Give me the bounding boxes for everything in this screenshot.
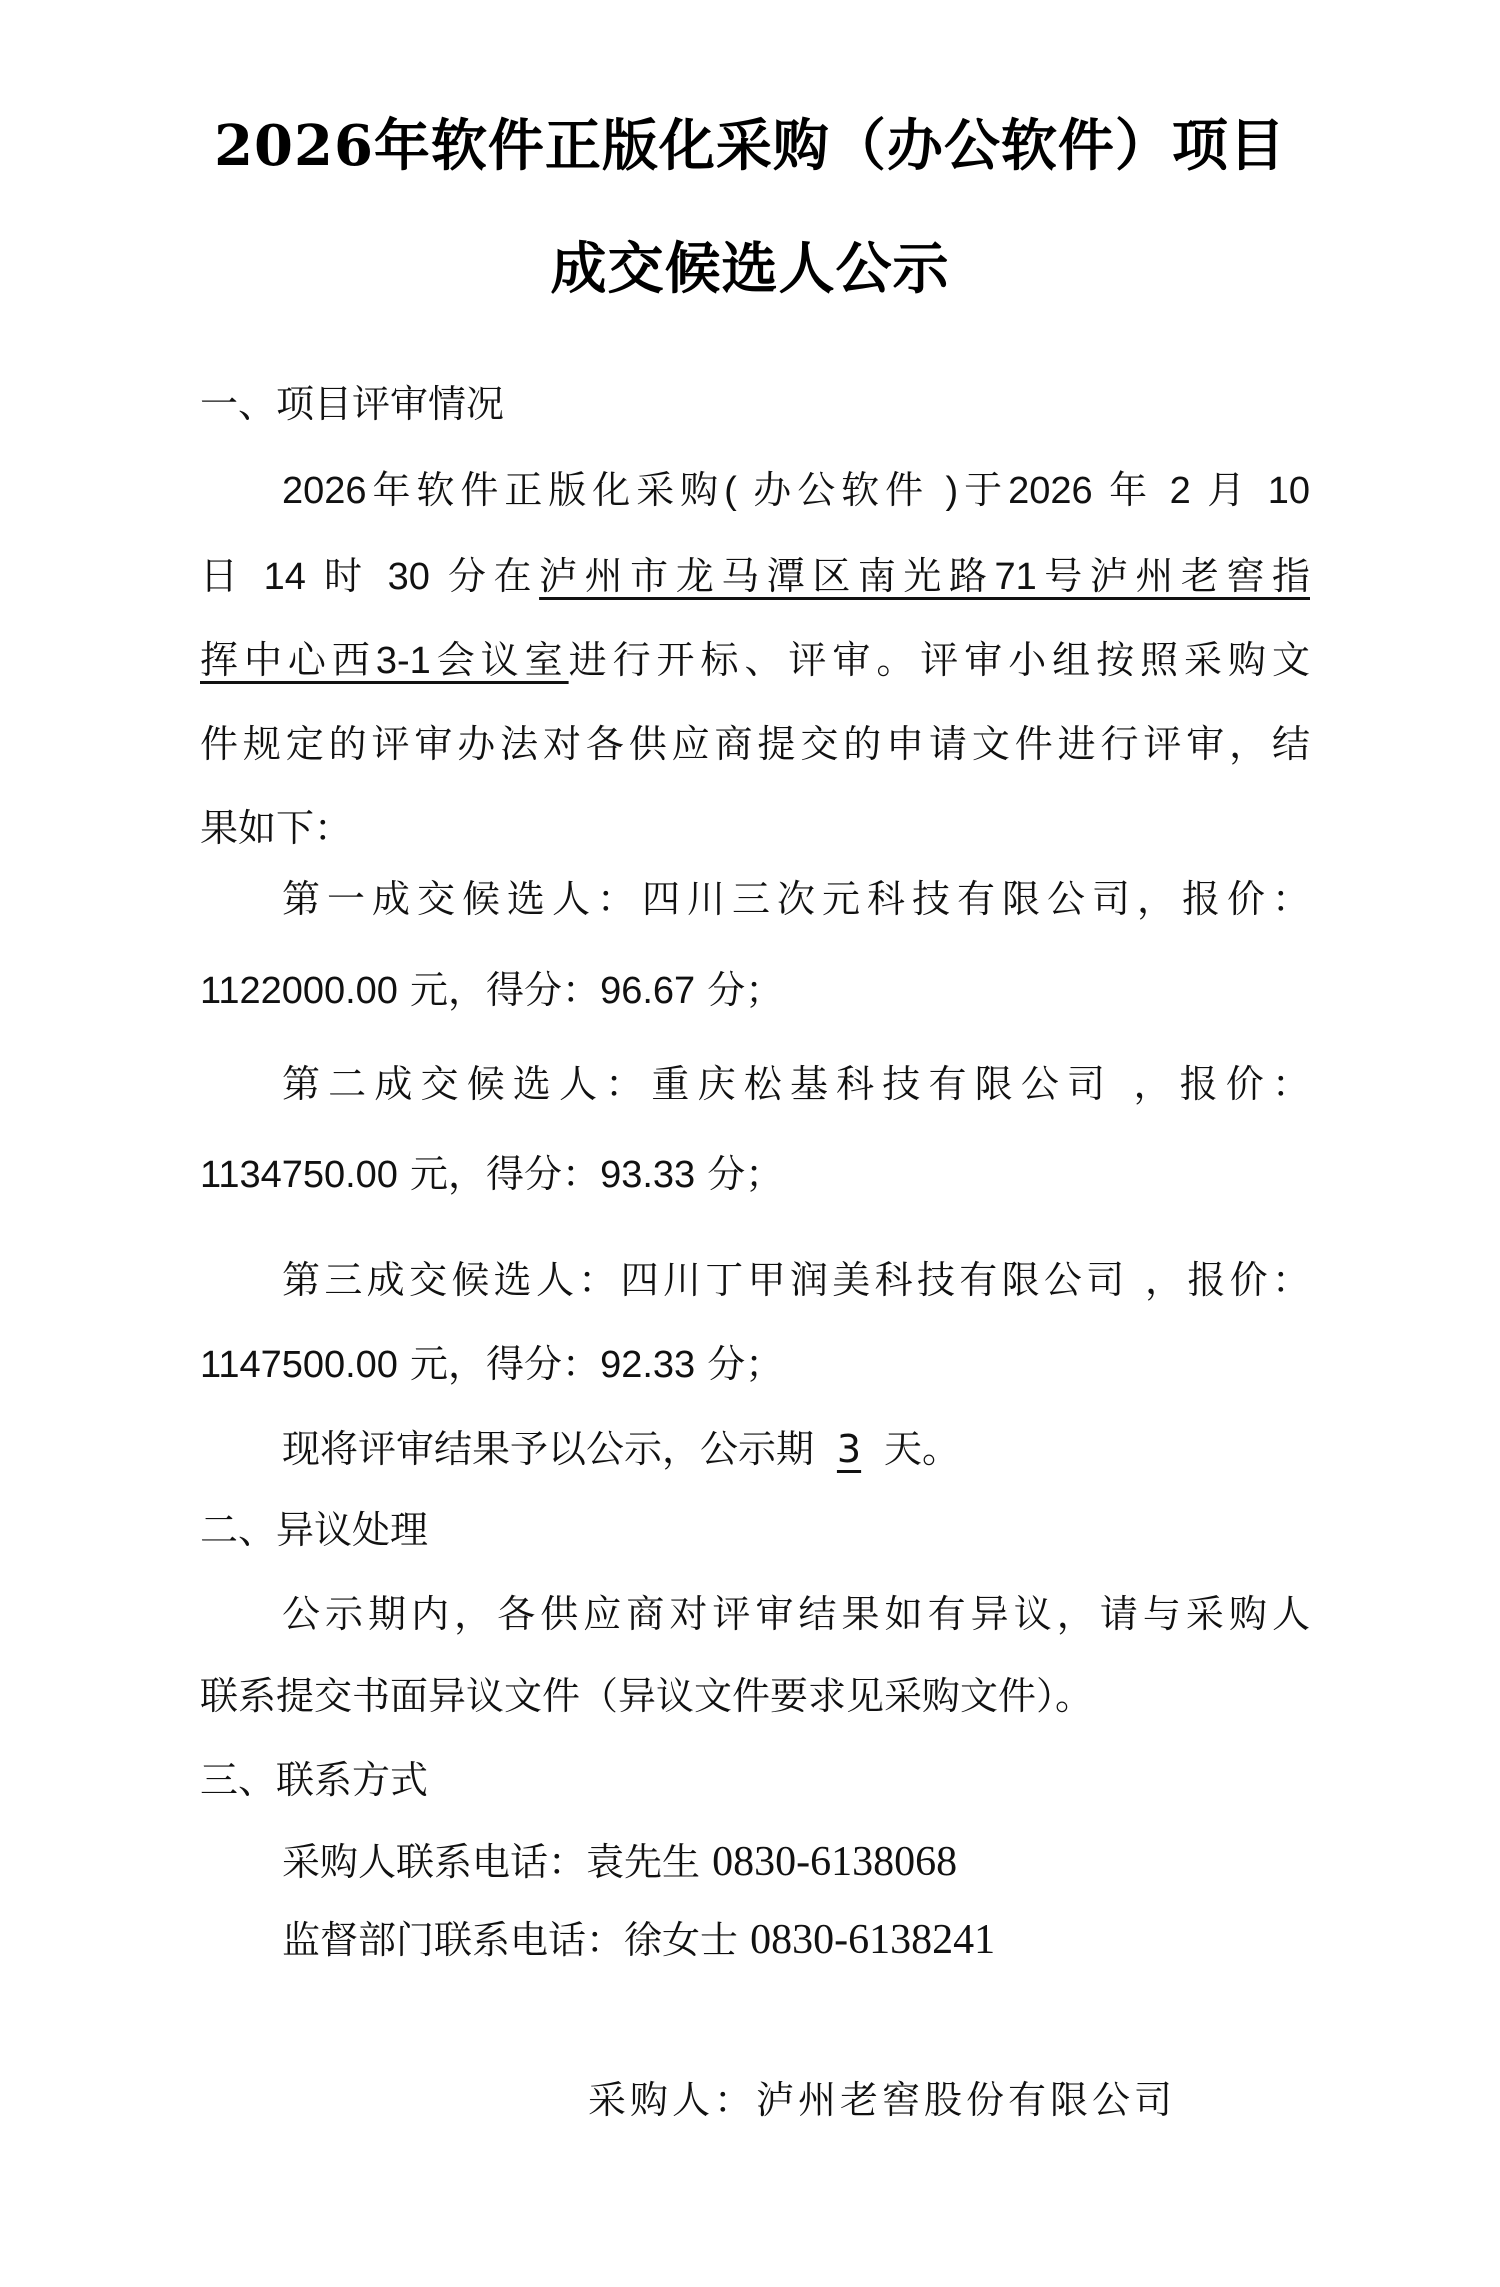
candidate-3-price-line: 1147500.00 元，得分：92.33 分； [200,1340,1310,1389]
candidate-2-company: 重庆松基科技有限公司 [651,1062,1113,1106]
candidate-1-price-line: 1122000.00 元，得分：96.67 分； [200,966,1310,1015]
section2-para-line1: 公示期内，各供应商对评审结果如有异议，请与采购人 [282,1590,1310,1638]
contact-supervisor-person: 徐女士 [624,1918,738,1962]
candidate-2-price: 1134750.00 [200,1154,398,1196]
candidate-2-line: 第二成交候选人：重庆松基科技有限公司 ，报价： [282,1060,1310,1108]
candidate-1-line: 第一成交候选人：四川三次元科技有限公司，报价： [282,875,1310,923]
candidate-2-quote-label: ，报价： [1113,1062,1310,1106]
section1-para-line1-text: 2026年软件正版化采购( 办公软件 )于2026 年 2 月 10 [282,470,1310,512]
contact-purchaser: 采购人联系电话：袁先生 0830-6138068 [282,1838,1392,1886]
contact-purchaser-phone: 0830-6138068 [712,1839,957,1885]
publicity-days: 3 [814,1425,884,1473]
candidate-3-label: 第三成交候选人： [282,1258,621,1302]
signature-label: 采购人： [588,2078,756,2122]
section1-para-line4: 件规定的评审办法对各供应商提交的申请文件进行评审，结 [200,720,1310,768]
candidate-1-company: 四川三次元科技有限公司 [642,877,1137,921]
candidate-3-quote-label: ，报价： [1129,1258,1310,1302]
candidate-1-label: 第一成交候选人： [282,877,642,921]
publicity-period-line: 现将评审结果予以公示，公示期3天。 [282,1425,1392,1473]
candidate-2-price-line: 1134750.00 元，得分：93.33 分； [200,1150,1310,1199]
candidate-2-price-unit: 元，得分： [410,1152,600,1196]
signature-org: 泸州老窖股份有限公司 [756,2078,1176,2122]
contact-supervisor: 监督部门联系电话：徐女士 0830-6138241 [282,1916,1392,1964]
candidate-3-line: 第三成交候选人：四川丁甲润美科技有限公司 ，报价： [282,1256,1310,1304]
section2-heading: 二、异议处理 [200,1506,1310,1554]
meeting-room-underlined: 挥中心西3-1会议室 [200,640,569,682]
publicity-suffix: 天。 [884,1427,960,1471]
meeting-time-text: 日 14 时 30 分在 [200,556,539,598]
signature: 采购人：泸州老窖股份有限公司 [588,2076,1176,2124]
meeting-location-underlined: 泸州市龙马潭区南光路71号泸州老窖指 [539,556,1310,598]
candidate-3-score-unit: 分； [707,1342,783,1386]
section1-para-line3: 挥中心西3-1会议室进行开标、评审。评审小组按照采购文 [200,636,1310,685]
section1-para-line1: 2026年软件正版化采购( 办公软件 )于2026 年 2 月 10 [282,466,1310,515]
document-page: 2026年软件正版化采购（办公软件）项目 成交候选人公示 一、项目评审情况 20… [0,0,1500,2287]
candidate-2-score: 93.33 [600,1154,695,1196]
section3-heading: 三、联系方式 [200,1756,1310,1804]
contact-supervisor-phone: 0830-6138241 [750,1917,995,1963]
candidate-1-price: 1122000.00 [200,970,398,1012]
candidate-3-score: 92.33 [600,1344,695,1386]
section1-para-line3-text: 进行开标、评审。评审小组按照采购文 [569,638,1310,682]
candidate-3-price: 1147500.00 [200,1344,398,1386]
section1-heading: 一、项目评审情况 [200,380,1310,428]
section1-para-line5: 果如下： [200,804,1310,852]
section2-para-line2: 联系提交书面异议文件（异议文件要求见采购文件）。 [200,1672,1310,1720]
section1-para-line2: 日 14 时 30 分在泸州市龙马潭区南光路71号泸州老窖指 [200,552,1310,601]
candidate-1-price-unit: 元，得分： [410,968,600,1012]
candidate-1-score-unit: 分； [707,968,783,1012]
candidate-2-label: 第二成交候选人： [282,1062,651,1106]
contact-purchaser-label: 采购人联系电话： [282,1840,586,1884]
contact-purchaser-person: 袁先生 [586,1840,700,1884]
candidate-1-score: 96.67 [600,970,695,1012]
candidate-1-quote-label: ，报价： [1137,877,1310,921]
contact-supervisor-label: 监督部门联系电话： [282,1918,624,1962]
candidate-2-score-unit: 分； [707,1152,783,1196]
document-title-line2: 成交候选人公示 [0,225,1500,305]
document-title-line1: 2026年软件正版化采购（办公软件）项目 [0,102,1500,182]
candidate-3-company: 四川丁甲润美科技有限公司 [621,1258,1129,1302]
publicity-prefix: 现将评审结果予以公示，公示期 [282,1427,814,1471]
candidate-3-price-unit: 元，得分： [410,1342,600,1386]
